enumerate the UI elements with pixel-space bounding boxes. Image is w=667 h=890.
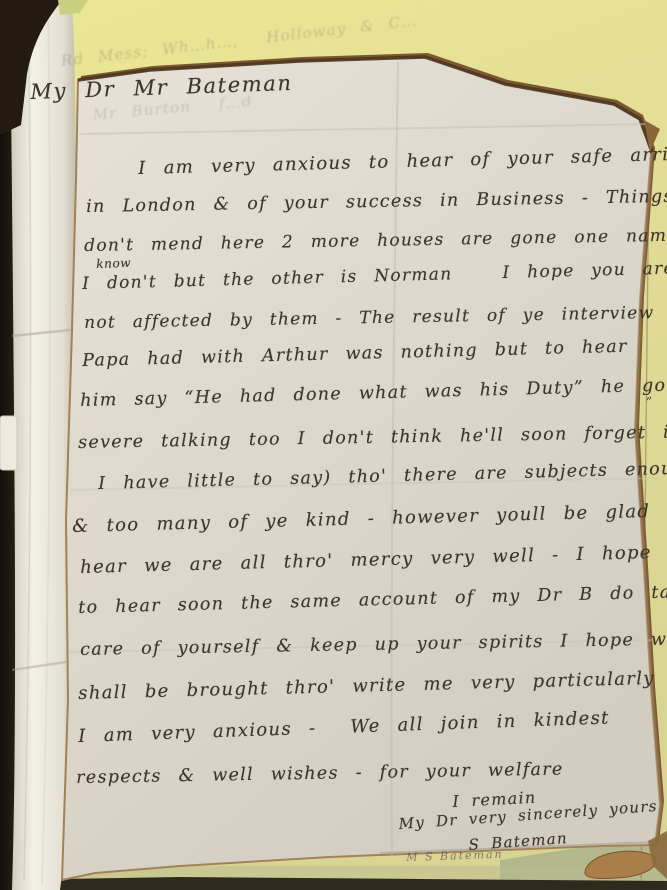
letter-line-3: don't mend here 2 more houses are gone o… (84, 226, 667, 256)
letter-line-9: I have little to say) tho' there are sub… (98, 458, 667, 494)
letter-line-1: I am very anxious to hear of your safe a… (138, 143, 667, 179)
handwriting-layer: Rd Mess; Wh…h…, Holloway & C… Mr Burton … (0, 0, 667, 890)
bleedthrough-line-1: Rd Mess; Wh…h…, Holloway & C… (60, 11, 418, 69)
letter-line-12: to hear soon the same account of my Dr B… (78, 582, 667, 618)
letter-line-2: in London & of your success in Business … (86, 187, 667, 217)
letter-line-10: & too many of ye kind - however youll be… (72, 500, 667, 537)
letter-line-4: I don't but the other is Norman I hope y… (82, 258, 667, 294)
mount-bleedthrough-name: M S Bateman (406, 848, 504, 864)
letter-line-11: hear we are all thro' mercy very well - … (80, 542, 652, 578)
letter-line-8: severe talking too I don't think he'll s… (78, 422, 667, 453)
letter-line-13: care of yourself & keep up your spirits … (80, 630, 667, 660)
letter-line-5: not affected by them - The result of ye … (84, 302, 667, 333)
letter-line-7: him say “He had done what was his Duty” … (80, 375, 667, 411)
letter-line-14: shall be brought thro' write me very par… (78, 668, 655, 704)
letter-line-16: respects & well wishes - for your welfar… (76, 759, 564, 788)
letter-inserted-word: know (96, 256, 131, 271)
photograph-of-handwritten-letter: Rd Mess; Wh…h…, Holloway & C… Mr Burton … (0, 0, 667, 890)
letter-line-6: Papa had with Arthur was nothing but to … (82, 337, 628, 371)
letter-line-15: I am very anxious - We all join in kinde… (78, 707, 610, 747)
letter-salutation: My Dr Mr Bateman (30, 71, 293, 104)
